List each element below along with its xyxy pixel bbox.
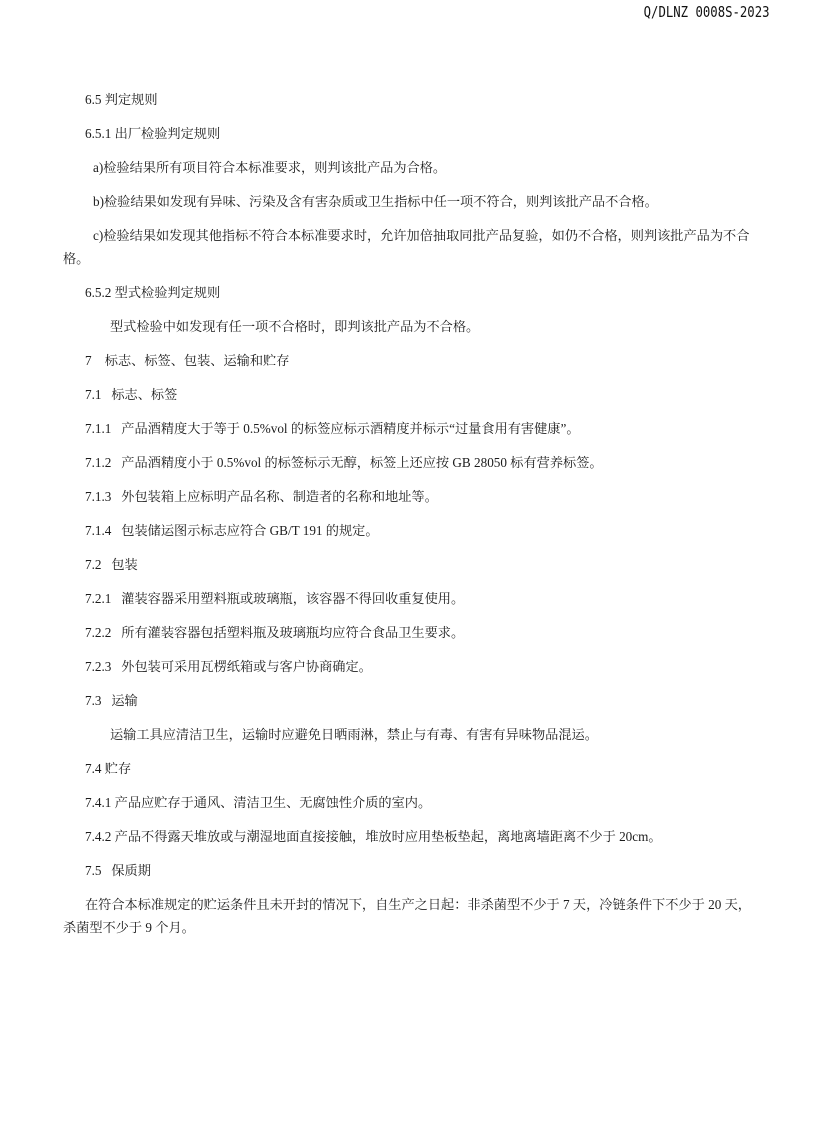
- page: Q/DLNZ 0008S-2023 6.5 判定规则6.5.1 出厂检验判定规则…: [0, 0, 816, 1123]
- paragraph: 6.5.1 出厂检验判定规则: [63, 122, 775, 145]
- paragraph: 7.1.1 产品酒精度大于等于 0.5%vol 的标签应标示酒精度并标示“过量食…: [63, 417, 775, 440]
- paragraph: 6.5.2 型式检验判定规则: [63, 281, 775, 304]
- paragraph: 7.2 包装: [63, 553, 775, 576]
- paragraph: 7.4.1 产品应贮存于通风、清洁卫生、无腐蚀性介质的室内。: [63, 791, 775, 814]
- paragraph: 7.2.1 灌装容器采用塑料瓶或玻璃瓶，该容器不得回收重复使用。: [63, 587, 775, 610]
- paragraph: b)检验结果如发现有异味、污染及含有害杂质或卫生指标中任一项不符合，则判该批产品…: [63, 190, 775, 213]
- paragraph: 7.4.2 产品不得露天堆放或与潮湿地面直接接触，堆放时应用垫板垫起，离地离墙距…: [63, 825, 775, 848]
- paragraph: 7.1.2 产品酒精度小于 0.5%vol 的标签标示无醇，标签上还应按 GB …: [63, 451, 775, 474]
- paragraph: 7.4 贮存: [63, 757, 775, 780]
- paragraph: 7.2.3 外包装可采用瓦楞纸箱或与客户协商确定。: [63, 655, 775, 678]
- paragraph: 7.3 运输: [63, 689, 775, 712]
- paragraph: 7 标志、标签、包装、运输和贮存: [63, 349, 775, 372]
- standard-number: Q/DLNZ 0008S-2023: [644, 3, 770, 21]
- paragraph: 6.5 判定规则: [63, 88, 775, 111]
- paragraph: 在符合本标准规定的贮运条件且未开封的情况下，自生产之日起：非杀菌型不少于 7 天…: [63, 893, 775, 939]
- paragraph: 7.1.4 包装储运图示标志应符合 GB/T 191 的规定。: [63, 519, 775, 542]
- paragraph: 7.2.2 所有灌装容器包括塑料瓶及玻璃瓶均应符合食品卫生要求。: [63, 621, 775, 644]
- paragraph: 7.1 标志、标签: [63, 383, 775, 406]
- paragraph: a)检验结果所有项目符合本标准要求，则判该批产品为合格。: [63, 156, 775, 179]
- paragraph: 运输工具应清洁卫生，运输时应避免日晒雨淋，禁止与有毒、有害有异味物品混运。: [63, 723, 775, 746]
- paragraph: 7.5 保质期: [63, 859, 775, 882]
- paragraph: 型式检验中如发现有任一项不合格时，即判该批产品为不合格。: [63, 315, 775, 338]
- paragraph: 7.1.3 外包装箱上应标明产品名称、制造者的名称和地址等。: [63, 485, 775, 508]
- paragraph: c)检验结果如发现其他指标不符合本标准要求时，允许加倍抽取同批产品复验，如仍不合…: [63, 224, 775, 270]
- document-body: 6.5 判定规则6.5.1 出厂检验判定规则a)检验结果所有项目符合本标准要求，…: [63, 88, 775, 950]
